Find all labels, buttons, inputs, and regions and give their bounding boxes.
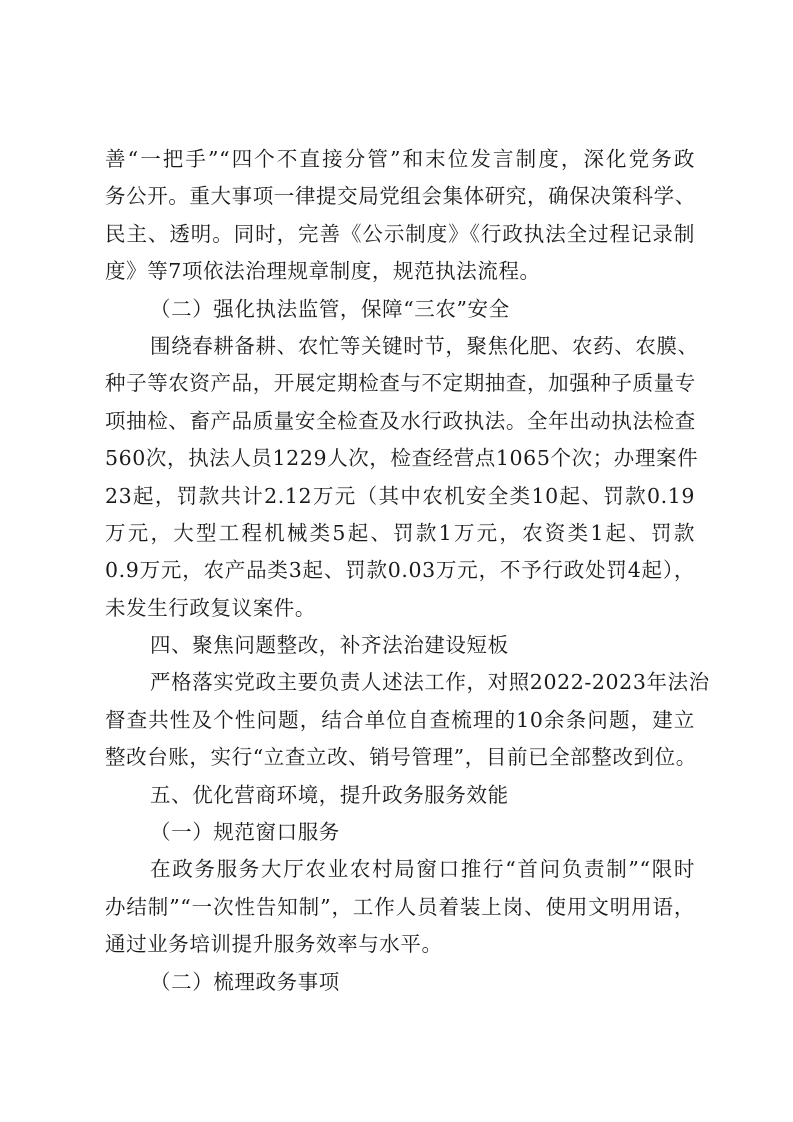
text-line: 通过业务培训提升服务效率与水平。 (105, 926, 695, 963)
document-body: 善“一把手”“四个不直接分管”和末位发言制度，深化党务政 务公开。重大事项一律提… (105, 141, 695, 1001)
text-line: 在政务服务大厅农业农村局窗口推行“首问负责制”“限时 (105, 851, 695, 888)
text-line: 围绕春耕备耕、农忙等关键时节，聚焦化肥、农药、农膜、 (105, 328, 695, 365)
text-line: 种子等农资产品，开展定期检查与不定期抽查，加强种子质量专 (105, 365, 695, 402)
text-line: 务公开。重大事项一律提交局党组会集体研究，确保决策科学、 (105, 178, 695, 215)
heading-section-four: 四、聚焦问题整改，补齐法治建设短板 (105, 627, 695, 664)
text-line: 未发生行政复议案件。 (105, 590, 695, 627)
text-line: 整改台账，实行“立查立改、销号管理”，目前已全部整改到位。 (105, 739, 695, 776)
text-line: 项抽检、畜产品质量安全检查及水行政执法。全年出动执法检查 (105, 403, 695, 440)
subheading-window-service: （一）规范窗口服务 (105, 814, 695, 851)
text-line: 严格落实党政主要负责人述法工作，对照2022-2023年法治 (105, 664, 695, 701)
text-line: 督查共性及个性问题，结合单位自查梳理的10余条问题，建立 (105, 702, 695, 739)
subheading-government-affairs: （二）梳理政务事项 (105, 964, 695, 1001)
text-line: 560次，执法人员1229人次，检查经营点1065个次；办理案件 (105, 440, 695, 477)
text-line: 民主、透明。同时，完善《公示制度》《行政执法全过程记录制 (105, 216, 695, 253)
text-line: 办结制”“一次性告知制”，工作人员着装上岗、使用文明用语， (105, 889, 695, 926)
text-line: 善“一把手”“四个不直接分管”和末位发言制度，深化党务政 (105, 141, 695, 178)
heading-section-five: 五、优化营商环境，提升政务服务效能 (105, 777, 695, 814)
text-line: 23起，罚款共计2.12万元（其中农机安全类10起、罚款0.19 (105, 478, 695, 515)
subheading-enforcement: （二）强化执法监管，保障“三农”安全 (105, 291, 695, 328)
text-line: 万元，大型工程机械类5起、罚款1万元，农资类1起、罚款 (105, 515, 695, 552)
text-line: 度》等7项依法治理规章制度，规范执法流程。 (105, 253, 695, 290)
document-page: 善“一把手”“四个不直接分管”和末位发言制度，深化党务政 务公开。重大事项一律提… (0, 0, 793, 1122)
text-line: 0.9万元，农产品类3起、罚款0.03万元，不予行政处罚4起）， (105, 552, 695, 589)
